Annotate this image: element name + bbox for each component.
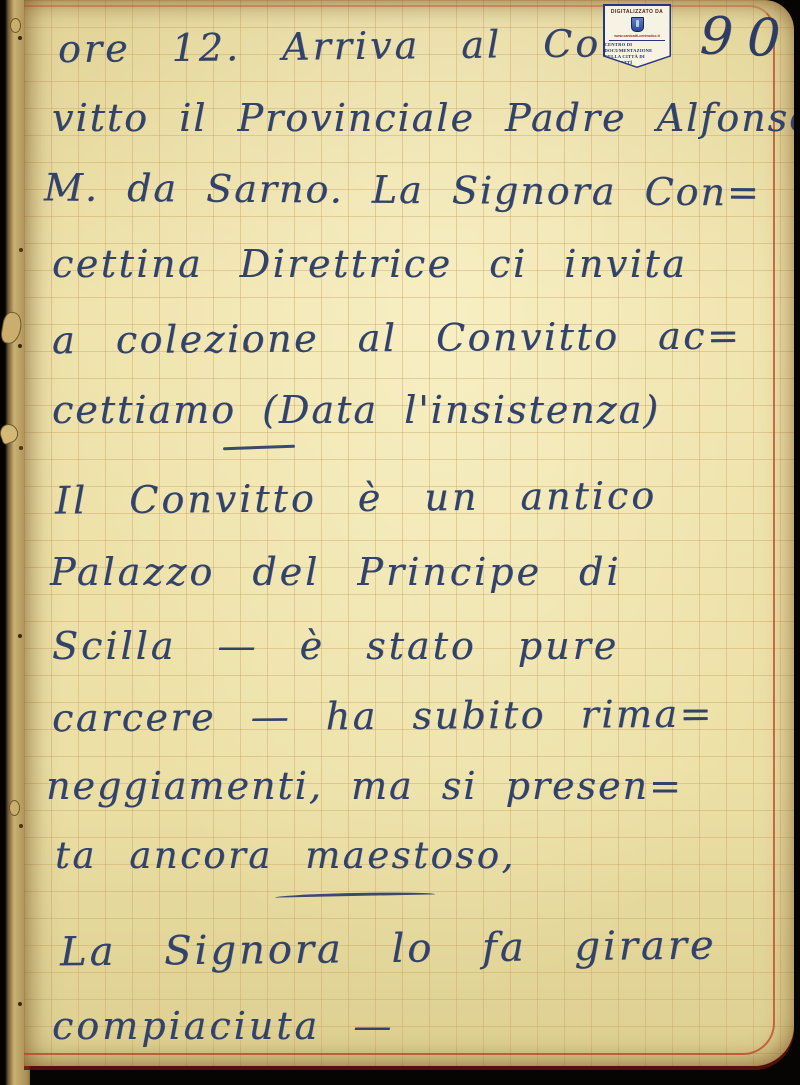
paragraph-separator-stroke: [275, 891, 435, 897]
notebook-page: 90 ore 12. Arriva al Con= vitto il Provi…: [24, 0, 794, 1066]
handwritten-line: ore 12. Arriva al Con=: [58, 21, 664, 71]
handwritten-line: compiaciuta —: [52, 1004, 394, 1048]
canicatti-coat-of-arms-icon: [631, 17, 644, 32]
handwritten-line: vitto il Provinciale Padre Alfonso: [52, 96, 794, 140]
handwritten-line: La Signora lo fa girare: [60, 923, 717, 976]
handwritten-line: Palazzo del Principe di: [50, 550, 622, 594]
stamp-header-text: DIGITALIZZATO DA: [611, 9, 663, 15]
handwritten-line: cettiamo (Data l'insistenza): [52, 388, 660, 432]
stamp-org-line1: CENTRO DI DOCUMENTAZIONE: [605, 42, 670, 54]
handwritten-line: M. da Sarno. La Signora Con=: [44, 165, 761, 214]
handwritten-line: carcere — ha subito rima=: [52, 692, 714, 741]
paper-nub: [10, 18, 21, 33]
scanned-notebook-page: 90 ore 12. Arriva al Con= vitto il Provi…: [0, 0, 800, 1085]
stamp-divider: [609, 40, 664, 41]
handwritten-line: neggiamenti, ma si presen=: [46, 764, 683, 808]
digitization-stamp: DIGITALIZZATO DA www.canicatti-centrodoc…: [603, 4, 671, 68]
stamp-url-text: www.canicatti-centrodoc.it: [614, 34, 660, 39]
red-margin-line: [24, 5, 775, 1055]
handwritten-line: Il Convitto è un antico: [55, 473, 657, 522]
page-number: 90: [699, 6, 794, 69]
handwritten-line: cettina Direttrice ci invita: [52, 242, 687, 286]
paragraph-separator-stroke: [223, 445, 295, 451]
digitization-stamp-label: DIGITALIZZATO DA www.canicatti-centrodoc…: [605, 6, 670, 67]
paper-nub: [9, 800, 20, 816]
stitch-holes: [18, 0, 22, 4]
handwritten-line: Scilla — è stato pure: [52, 624, 619, 668]
handwritten-line: ta ancora maestoso,: [55, 834, 516, 877]
handwritten-line: a colezione al Convitto ac=: [52, 314, 742, 363]
